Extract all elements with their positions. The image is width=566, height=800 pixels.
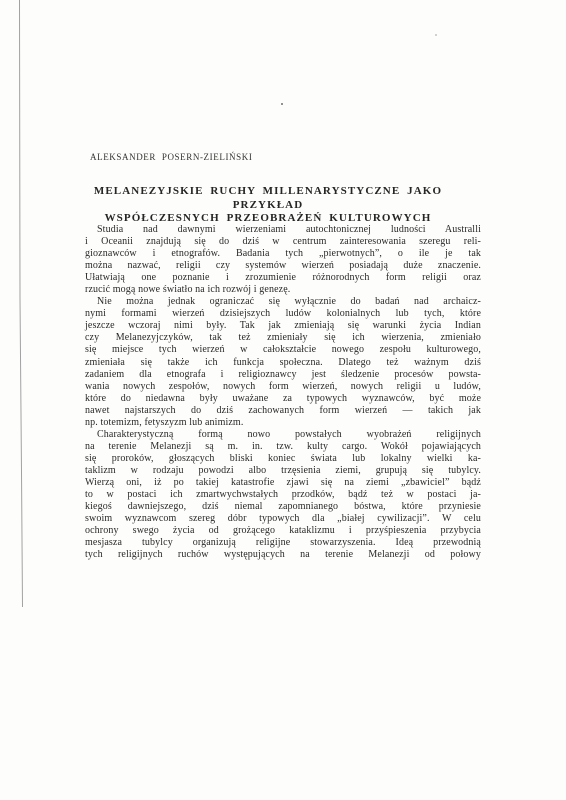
text-line: czy Melanezyjczyków, tak też zmieniały s… [85,332,481,344]
text-line: mesjasza tubylcy organizują religijne st… [85,537,481,549]
text-line: Wierzą oni, iż po takiej katastrofie zja… [85,477,481,489]
text-line: i Oceanii znajdują się do dziś w centrum… [85,236,481,248]
text-line: nawet najstarszych do dziś zachowanych f… [85,405,481,417]
text-line: gioznawców i etnografów. Badania tych „p… [85,248,481,260]
text-line: taklizm w rodzaju powodzi albo trzęsieni… [85,465,481,477]
body-text: Studia nad dawnymi wierzeniami autochton… [85,224,481,561]
article-title: MELANEZYJSKIE RUCHY MILLENARYSTYCZNE JAK… [85,185,451,226]
text-line: np. totemizm, fetyszyzm lub animizm. [85,417,481,429]
text-line: można nazwać, religii czy systemów wierz… [85,260,481,272]
text-line: jeszcze wczoraj nimi były. Tak jak zmien… [85,320,481,332]
scan-speck [435,34,437,36]
text-line: Charakterystyczną formą nowo powstałych … [85,429,481,441]
text-line: Studia nad dawnymi wierzeniami autochton… [85,224,481,236]
text-line: wania nowych zespołów, nowych form wierz… [85,381,481,393]
author-name: ALEKSANDER POSERN-ZIELIŃSKI [90,152,252,162]
text-line: które do niedawna były uważane za typowy… [85,393,481,405]
text-line: Nie można jednak ograniczać się wyłączni… [85,296,481,308]
text-line: nymi formami wierzeń dzisiejszych ludów … [85,308,481,320]
text-line: się miejsce tych wierzeń w całokształcie… [85,344,481,356]
text-line: się proroków, głoszących bliski koniec ś… [85,453,481,465]
text-line: ochrony swego życia od grożącego katakli… [85,525,481,537]
text-line: tych religijnych ruchów występujących na… [85,549,481,561]
text-line: kiegoś dawniejszego, dziś niemal zapomni… [85,501,481,513]
text-line: rzucić mogą nowe światło na ich rozwój i… [85,284,481,296]
text-line: zmieniała się także ich funkcja społeczn… [85,357,481,369]
text-line: Ułatwiają one poznanie i zrozumienie róż… [85,272,481,284]
text-line: na terenie Melanezji są m. in. tzw. kult… [85,441,481,453]
document-page: ALEKSANDER POSERN-ZIELIŃSKI MELANEZYJSKI… [0,0,566,800]
text-line: to w postaci ich zmartwychwstałych przod… [85,489,481,501]
scan-speck [281,103,283,105]
text-line: zadaniem dla etnografa i religioznawcy j… [85,369,481,381]
scan-edge-line [0,0,40,620]
text-line: swoim wyznawcom szereg dóbr typowych dla… [85,513,481,525]
article-title-line-1: MELANEZYJSKIE RUCHY MILLENARYSTYCZNE JAK… [85,185,451,212]
